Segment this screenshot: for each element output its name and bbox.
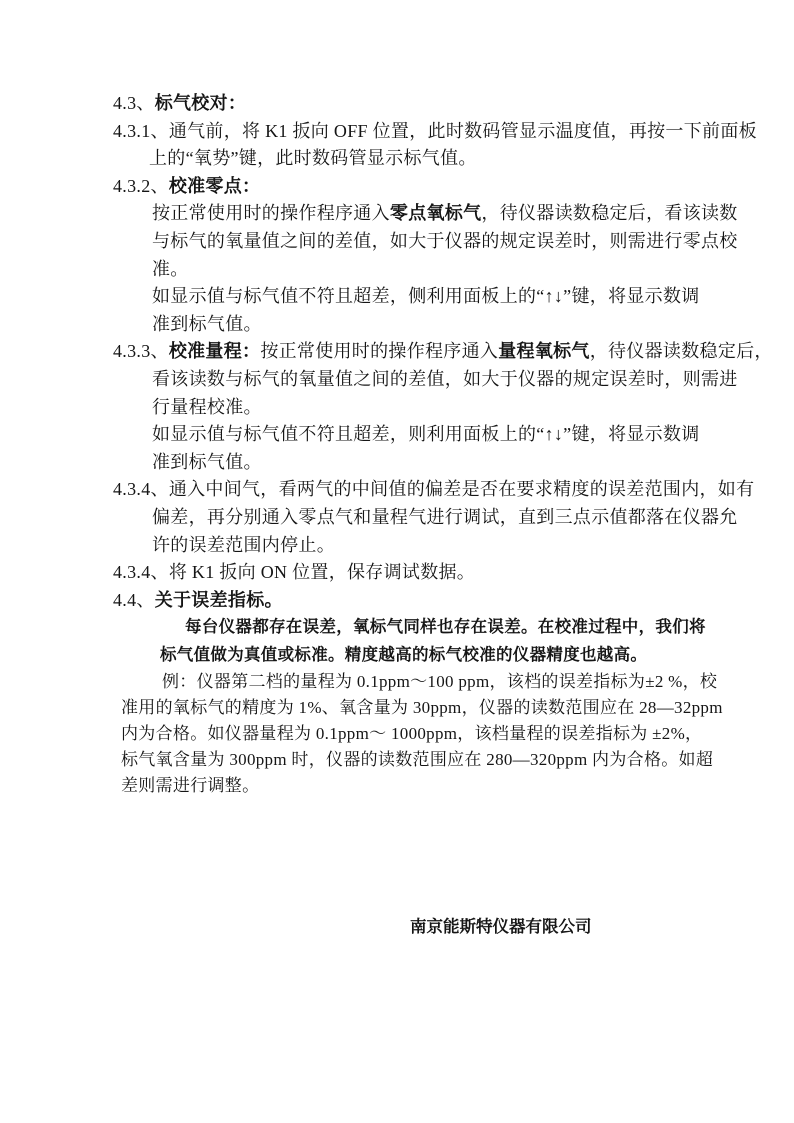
document-page: 4.3、标气校对：4.3.1、通气前，将 K1 扳向 OFF 位置，此时数码管显… xyxy=(0,0,794,1123)
text-segment: 看该读数与标气的氧量值之间的差值，如大于仪器的规定误差时，则需进 xyxy=(152,369,738,389)
text-line: 按正常使用时的操作程序通入零点氧标气，待仪器读数稳定后，看该读数 xyxy=(152,200,734,228)
text-line: 例：仪器第二档的量程为 0.1ppm～100 ppm，该档的误差指标为±2 %，… xyxy=(162,669,734,695)
text-segment: 准到标气值。 xyxy=(152,314,262,334)
text-segment: 按正常使用时的操作程序通入 xyxy=(152,203,390,223)
text-segment: 4.3.4、 xyxy=(113,562,169,582)
text-line: 4.4、关于误差指标。 xyxy=(113,587,734,615)
text-segment: 通气前，将 K1 扳向 OFF 位置，此时数码管显示温度值，再按一下前面板 xyxy=(169,121,757,141)
text-segment: 通入中间气，看两气的中间值的偏差是否在要求精度的误差范围内，如有 xyxy=(169,479,755,499)
text-line: 标气值做为真值或标准。精度越高的标气校准的仪器精度也越高。 xyxy=(160,642,734,670)
bold-text-segment: 标气值做为真值或标准。精度越高的标气校准的仪器精度也越高。 xyxy=(160,646,647,664)
text-segment: 4.3.1、 xyxy=(113,121,169,141)
text-line: 差则需进行调整。 xyxy=(121,773,734,799)
text-line: 与标气的氧量值之间的差值，如大于仪器的规定误差时，则需进行零点校 xyxy=(152,228,734,256)
text-content: 4.3、标气校对：4.3.1、通气前，将 K1 扳向 OFF 位置，此时数码管显… xyxy=(113,90,734,799)
text-segment: 与标气的氧量值之间的差值，如大于仪器的规定误差时，则需进行零点校 xyxy=(152,231,738,251)
text-line: 准到标气值。 xyxy=(152,311,734,339)
text-segment: 按正常使用时的操作程序通入 xyxy=(260,341,498,361)
text-segment: ，待仪器读数稳定后， xyxy=(590,341,773,361)
text-segment: 行量程校准。 xyxy=(152,397,262,417)
text-segment: 偏差，再分别通入零点气和量程气进行调试，直到三点示值都落在仪器允 xyxy=(152,507,738,527)
text-line: 如显示值与标气值不符且超差，则利用面板上的“↑↓”键，将显示数调 xyxy=(152,421,734,449)
bold-text-segment: 量程氧标气 xyxy=(498,341,590,361)
text-line: 内为合格。如仪器量程为 0.1ppm～ 1000ppm，该档量程的误差指标为 ±… xyxy=(121,721,734,747)
text-segment: ，待仪器读数稳定后，看该读数 xyxy=(481,203,737,223)
text-line: 4.3、标气校对： xyxy=(113,90,734,118)
text-segment: 4.3.3、 xyxy=(113,341,169,361)
text-segment: 差则需进行调整。 xyxy=(121,776,259,795)
bold-text-segment: 校准量程： xyxy=(169,341,261,361)
bold-text-segment: 关于误差指标。 xyxy=(155,590,283,610)
bold-text-segment: 零点氧标气 xyxy=(390,203,482,223)
text-line: 准用的氧标气的精度为 1%、氧含量为 30ppm，仪器的读数范围应在 28—32… xyxy=(121,695,734,721)
text-segment: 如显示值与标气值不符且超差，则利用面板上的“↑↓”键，将显示数调 xyxy=(152,424,700,444)
text-segment: 将 K1 扳向 ON 位置，保存调试数据。 xyxy=(169,562,475,582)
text-line: 许的误差范围内停止。 xyxy=(152,532,734,560)
text-segment: 准用的氧标气的精度为 1%、氧含量为 30ppm，仪器的读数范围应在 28—32… xyxy=(121,698,723,717)
text-segment: 准。 xyxy=(152,259,189,279)
text-segment: 内为合格。如仪器量程为 0.1ppm～ 1000ppm，该档量程的误差指标为 ±… xyxy=(121,724,702,743)
text-segment: 例：仪器第二档的量程为 0.1ppm～100 ppm，该档的误差指标为±2 %，… xyxy=(162,672,717,691)
text-segment: 4.3.2、 xyxy=(113,176,169,196)
text-segment: 准到标气值。 xyxy=(152,452,262,472)
text-line: 偏差，再分别通入零点气和量程气进行调试，直到三点示值都落在仪器允 xyxy=(152,504,734,532)
text-segment: 许的误差范围内停止。 xyxy=(152,535,335,555)
text-line: 4.3.3、校准量程：按正常使用时的操作程序通入量程氧标气，待仪器读数稳定后， xyxy=(113,338,734,366)
text-line: 标气氧含量为 300ppm 时，仪器的读数范围应在 280—320ppm 内为合… xyxy=(121,747,734,773)
text-segment: 上的“氧势”键，此时数码管显示标气值。 xyxy=(149,148,477,168)
text-line: 每台仪器都存在误差，氧标气同样也存在误差。在校准过程中，我们将 xyxy=(185,614,734,642)
text-line: 如显示值与标气值不符且超差，侧利用面板上的“↑↓”键，将显示数调 xyxy=(152,283,734,311)
text-segment: 标气氧含量为 300ppm 时，仪器的读数范围应在 280—320ppm 内为合… xyxy=(121,750,713,769)
text-line: 4.3.1、通气前，将 K1 扳向 OFF 位置，此时数码管显示温度值，再按一下… xyxy=(113,118,734,146)
text-line: 4.3.4、将 K1 扳向 ON 位置，保存调试数据。 xyxy=(113,559,734,587)
bold-text-segment: 每台仪器都存在误差，氧标气同样也存在误差。在校准过程中，我们将 xyxy=(185,618,706,636)
text-line: 准。 xyxy=(152,256,734,284)
bold-text-segment: 校准零点： xyxy=(169,176,261,196)
bold-text-segment: 标气校对： xyxy=(155,93,247,113)
text-segment: 如显示值与标气值不符且超差，侧利用面板上的“↑↓”键，将显示数调 xyxy=(152,286,700,306)
text-line: 行量程校准。 xyxy=(152,394,734,422)
text-segment: 4.3、 xyxy=(113,93,155,113)
text-segment: 4.3.4、 xyxy=(113,479,169,499)
text-line: 4.3.4、通入中间气，看两气的中间值的偏差是否在要求精度的误差范围内，如有 xyxy=(113,476,734,504)
text-line: 4.3.2、校准零点： xyxy=(113,173,734,201)
text-line: 上的“氧势”键，此时数码管显示标气值。 xyxy=(149,145,734,173)
company-signature: 南京能斯特仪器有限公司 xyxy=(410,916,734,938)
text-line: 准到标气值。 xyxy=(152,449,734,477)
text-segment: 4.4、 xyxy=(113,590,155,610)
text-line: 看该读数与标气的氧量值之间的差值，如大于仪器的规定误差时，则需进 xyxy=(152,366,734,394)
